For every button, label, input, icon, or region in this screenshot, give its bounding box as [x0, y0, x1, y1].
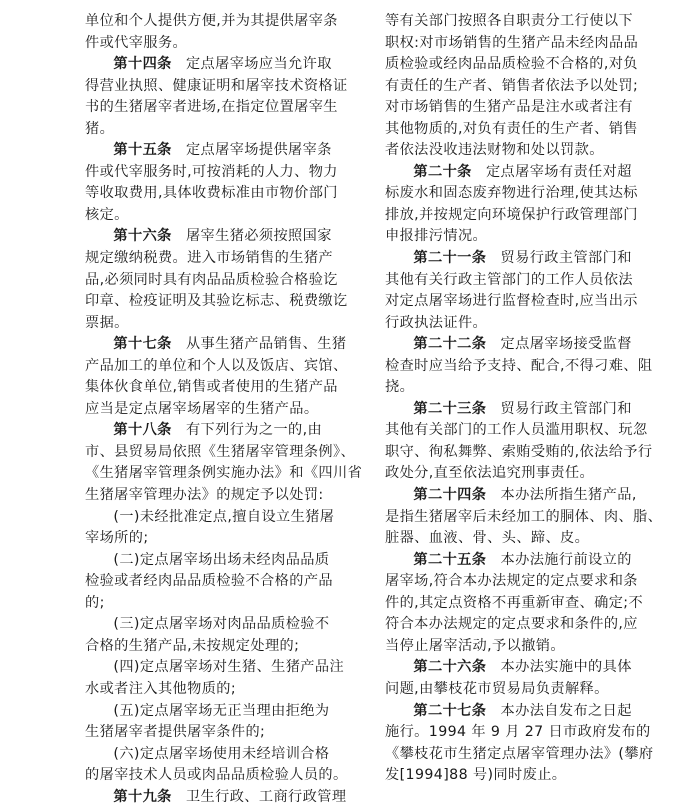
text-line: 产品加工的单位和个人以及饭店、宾馆、: [85, 356, 329, 378]
text-line: 其他物质的,对负有责任的生产者、销售: [385, 119, 629, 141]
text-line: 猪。: [85, 119, 329, 141]
line-text: 定点屠宰场提供屠宰条: [186, 142, 332, 158]
text-line: 检查时应当给予支持、配合,不得刁难、阻: [385, 356, 629, 378]
line-text: 卫生行政、工商行政管理: [186, 789, 346, 804]
line-text: 从事生猪产品销售、生猪: [186, 336, 346, 352]
line-text: 书的生猪屠宰者进场,在指定位置屠宰生: [85, 99, 338, 115]
right-column: 等有关部门按照各自职责分工行使以下职权:对市场销售的生猪产品未经肉品品质检验或经…: [385, 11, 629, 787]
text-line: (三)定点屠宰场对肉品品质检验不: [85, 614, 329, 636]
line-text: 等有关部门按照各自职责分工行使以下: [385, 13, 633, 29]
article-paragraph: 第二十四条本办法所指生猪产品,是指生猪屠宰后未经加工的胴体、肉、脂、脏器、血液、…: [385, 485, 629, 550]
text-line: 印章、检疫证明及其验讫标志、税费缴讫: [85, 291, 329, 313]
article-paragraph: 第二十五条本办法施行前设立的屠宰场,符合本办法规定的定点要求和条件的,其定点资格…: [385, 550, 629, 658]
text-line: 件或代宰服务时,可按消耗的人力、物力: [85, 162, 329, 184]
text-line: 第二十七条本办法自发布之日起: [385, 701, 629, 723]
text-line: 职守、徇私舞弊、索贿受贿的,依法给予行: [385, 442, 629, 464]
article-paragraph: 第十八条有下列行为之一的,由市、县贸易局依照《生猪屠宰管理条例》、《生猪屠宰管理…: [85, 420, 329, 506]
clause-paragraph: (四)定点屠宰场对生猪、生猪产品注水或者注入其他物质的;: [85, 657, 329, 700]
line-text: 本办法所指生猪产品,: [501, 487, 637, 503]
line-text: 的;: [85, 595, 105, 611]
line-text: 应当是定点屠宰场屠宰的生猪产品。: [85, 401, 318, 417]
text-line: 合格的生猪产品,未按规定处理的;: [85, 636, 329, 658]
article-paragraph: 第二十条定点屠宰场有责任对超标废水和固态废弃物进行治理,使其达标排放,并按规定向…: [385, 162, 629, 248]
article-number: 第二十三条: [413, 401, 486, 417]
text-line: 质检验或经肉品品质检验不合格的,对负: [385, 54, 629, 76]
line-text: 对市场销售的生猪产品是注水或者注有: [385, 99, 633, 115]
article-number: 第十四条: [113, 56, 171, 72]
line-text: 《生猪屠宰管理条例实施办法》和《四川省: [85, 465, 362, 481]
article-number: 第十七条: [113, 336, 171, 352]
text-line: 生猪屠宰管理办法》的规定予以处罚:: [85, 485, 329, 507]
line-text: 《攀枝花市生猪定点屠宰管理办法》(攀府: [385, 746, 654, 762]
text-line: 单位和个人提供方便,并为其提供屠宰条: [85, 11, 329, 33]
text-line: 《攀枝花市生猪定点屠宰管理办法》(攀府: [385, 744, 629, 766]
line-text: 件的,其定点资格不再重新审查、确定;不: [385, 595, 643, 611]
text-line: 第二十一条贸易行政主管部门和: [385, 248, 629, 270]
text-line: 品,必须同时具有肉品品质检验合格验讫: [85, 270, 329, 292]
line-text: 产品加工的单位和个人以及饭店、宾馆、: [85, 358, 348, 374]
clause-paragraph: (三)定点屠宰场对肉品品质检验不合格的生猪产品,未按规定处理的;: [85, 614, 329, 657]
text-line: 排放,并按规定向环境保护行政管理部门: [385, 205, 629, 227]
clause-paragraph: (五)定点屠宰场无正当理由拒绝为生猪屠宰者提供屠宰条件的;: [85, 701, 329, 744]
text-line: 等收取费用,具体收费标准由市物价部门: [85, 183, 329, 205]
line-text: 件或代宰服务。: [85, 35, 187, 51]
line-text: 贸易行政主管部门和: [501, 250, 632, 266]
article-number: 第十九条: [113, 789, 171, 804]
text-line: 的屠宰技术人员或肉品品质检验人员的。: [85, 765, 329, 787]
article-paragraph: 第二十七条本办法自发布之日起施行。1994 年 9 月 27 日市政府发布的《攀…: [385, 701, 629, 787]
line-text: (三)定点屠宰场对肉品品质检验不: [113, 616, 329, 632]
text-line: 规定缴纳税费。进入市场销售的生猪产: [85, 248, 329, 270]
article-number: 第二十五条: [413, 552, 486, 568]
line-text: 本办法实施中的具体: [501, 659, 632, 675]
text-line: (六)定点屠宰场使用未经培训合格: [85, 744, 329, 766]
line-text: 其他物质的,对负有责任的生产者、销售: [385, 121, 638, 137]
text-line: 第二十条定点屠宰场有责任对超: [385, 162, 629, 184]
text-line: 第十六条屠宰生猪必须按照国家: [85, 226, 329, 248]
line-text: 市、县贸易局依照《生猪屠宰管理条例》、: [85, 444, 355, 460]
article-paragraph: 第十九条卫生行政、工商行政管理: [85, 787, 329, 804]
line-text: 职权:对市场销售的生猪产品未经肉品品: [385, 35, 638, 51]
text-line: 标废水和固态废弃物进行治理,使其达标: [385, 183, 629, 205]
line-text: 排放,并按规定向环境保护行政管理部门: [385, 207, 638, 223]
article-number: 第二十条: [413, 164, 471, 180]
line-text: 施行。1994 年 9 月 27 日市政府发布的: [385, 724, 651, 740]
line-text: (四)定点屠宰场对生猪、生猪产品注: [113, 659, 344, 675]
line-text: (五)定点屠宰场无正当理由拒绝为: [113, 703, 329, 719]
text-line: 职权:对市场销售的生猪产品未经肉品品: [385, 33, 629, 55]
line-text: 有下列行为之一的,由: [186, 422, 322, 438]
line-text: 检查时应当给予支持、配合,不得刁难、阻: [385, 358, 653, 374]
text-line: 其他有关行政主管部门的工作人员依法: [385, 270, 629, 292]
line-text: 脏器、血液、骨、头、蹄、皮。: [385, 530, 589, 546]
line-text: 定点屠宰场接受监督: [501, 336, 632, 352]
text-line: 申报排污情况。: [385, 226, 629, 248]
continued-paragraph: 单位和个人提供方便,并为其提供屠宰条件或代宰服务。: [85, 11, 329, 54]
line-text: 屠宰场,符合本办法规定的定点要求和条: [385, 573, 638, 589]
text-line: 脏器、血液、骨、头、蹄、皮。: [385, 528, 629, 550]
text-line: 第二十四条本办法所指生猪产品,: [385, 485, 629, 507]
line-text: 集体伙食单位,销售或者使用的生猪产品: [85, 379, 338, 395]
clause-paragraph: (六)定点屠宰场使用未经培训合格的屠宰技术人员或肉品品质检验人员的。: [85, 744, 329, 787]
text-line: 应当是定点屠宰场屠宰的生猪产品。: [85, 399, 329, 421]
line-text: 贸易行政主管部门和: [501, 401, 632, 417]
text-line: 者依法没收违法财物和处以罚款。: [385, 140, 629, 162]
line-text: 本办法自发布之日起: [501, 703, 632, 719]
text-line: 当停止屠宰活动,予以撤销。: [385, 636, 629, 658]
line-text: (六)定点屠宰场使用未经培训合格: [113, 746, 329, 762]
article-number: 第十八条: [113, 422, 171, 438]
line-text: 件或代宰服务时,可按消耗的人力、物力: [85, 164, 338, 180]
line-text: 挠。: [385, 379, 414, 395]
article-paragraph: 第二十三条贸易行政主管部门和其他有关部门的工作人员滥用职权、玩忽职守、徇私舞弊、…: [385, 399, 629, 485]
text-line: 第十九条卫生行政、工商行政管理: [85, 787, 329, 804]
text-line: 件或代宰服务。: [85, 33, 329, 55]
line-text: 得营业执照、健康证明和屠宰技术资格证: [85, 78, 348, 94]
line-text: 屠宰生猪必须按照国家: [186, 228, 332, 244]
text-line: 市、县贸易局依照《生猪屠宰管理条例》、: [85, 442, 329, 464]
text-line: 的;: [85, 593, 329, 615]
text-line: 《生猪屠宰管理条例实施办法》和《四川省: [85, 463, 329, 485]
line-text: 符合本办法规定的定点要求和条件的,应: [385, 616, 638, 632]
text-line: 是指生猪屠宰后未经加工的胴体、肉、脂、: [385, 507, 629, 529]
line-text: 是指生猪屠宰后未经加工的胴体、肉、脂、: [385, 509, 662, 525]
line-text: 行政执法证件。: [385, 315, 487, 331]
continued-paragraph: 等有关部门按照各自职责分工行使以下职权:对市场销售的生猪产品未经肉品品质检验或经…: [385, 11, 629, 162]
line-text: 职守、徇私舞弊、索贿受贿的,依法给予行: [385, 444, 653, 460]
text-line: 第十七条从事生猪产品销售、生猪: [85, 334, 329, 356]
line-text: 政处分,直至依法追究刑事责任。: [385, 465, 594, 481]
article-number: 第二十一条: [413, 250, 486, 266]
text-line: (二)定点屠宰场出场未经肉品品质: [85, 550, 329, 572]
text-line: 宰场所的;: [85, 528, 329, 550]
line-text: 有责任的生产者、销售者依法予以处罚;: [385, 78, 638, 94]
text-line: 第二十二条定点屠宰场接受监督: [385, 334, 629, 356]
line-text: 票据。: [85, 315, 129, 331]
line-text: 规定缴纳税费。进入市场销售的生猪产: [85, 250, 333, 266]
line-text: 者依法没收违法财物和处以罚款。: [385, 142, 604, 158]
text-line: 水或者注入其他物质的;: [85, 679, 329, 701]
article-number: 第二十二条: [413, 336, 486, 352]
text-line: 等有关部门按照各自职责分工行使以下: [385, 11, 629, 33]
text-line: 第二十三条贸易行政主管部门和: [385, 399, 629, 421]
line-text: 猪。: [85, 121, 114, 137]
line-text: 申报排污情况。: [385, 228, 487, 244]
line-text: 核定。: [85, 207, 129, 223]
text-line: 第十五条定点屠宰场提供屠宰条: [85, 140, 329, 162]
text-line: 书的生猪屠宰者进场,在指定位置屠宰生: [85, 97, 329, 119]
text-line: 施行。1994 年 9 月 27 日市政府发布的: [385, 722, 629, 744]
line-text: 合格的生猪产品,未按规定处理的;: [85, 638, 299, 654]
text-line: 第十四条定点屠宰场应当允许取: [85, 54, 329, 76]
line-text: 问题,由攀枝花市贸易局负责解释。: [385, 681, 609, 697]
text-line: 第二十六条本办法实施中的具体: [385, 657, 629, 679]
text-line: 得营业执照、健康证明和屠宰技术资格证: [85, 76, 329, 98]
text-line: (四)定点屠宰场对生猪、生猪产品注: [85, 657, 329, 679]
text-line: 对定点屠宰场进行监督检查时,应当出示: [385, 291, 629, 313]
line-text: 生猪屠宰管理办法》的规定予以处罚:: [85, 487, 324, 503]
text-line: 生猪屠宰者提供屠宰条件的;: [85, 722, 329, 744]
line-text: 标废水和固态废弃物进行治理,使其达标: [385, 185, 638, 201]
clause-paragraph: (二)定点屠宰场出场未经肉品品质检验或者经肉品品质检验不合格的产品的;: [85, 550, 329, 615]
article-paragraph: 第十六条屠宰生猪必须按照国家规定缴纳税费。进入市场销售的生猪产品,必须同时具有肉…: [85, 226, 329, 334]
article-paragraph: 第十七条从事生猪产品销售、生猪产品加工的单位和个人以及饭店、宾馆、集体伙食单位,…: [85, 334, 329, 420]
article-paragraph: 第二十六条本办法实施中的具体问题,由攀枝花市贸易局负责解释。: [385, 657, 629, 700]
text-line: 有责任的生产者、销售者依法予以处罚;: [385, 76, 629, 98]
left-column: 单位和个人提供方便,并为其提供屠宰条件或代宰服务。第十四条定点屠宰场应当允许取得…: [85, 11, 329, 804]
text-line: 对市场销售的生猪产品是注水或者注有: [385, 97, 629, 119]
line-text: 对定点屠宰场进行监督检查时,应当出示: [385, 293, 638, 309]
line-text: 发[1994]88 号)同时废止。: [385, 767, 566, 783]
text-line: 检验或者经肉品品质检验不合格的产品: [85, 571, 329, 593]
line-text: 检验或者经肉品品质检验不合格的产品: [85, 573, 333, 589]
text-line: (一)未经批准定点,擅自设立生猪屠: [85, 507, 329, 529]
article-number: 第十五条: [113, 142, 171, 158]
text-line: 政处分,直至依法追究刑事责任。: [385, 463, 629, 485]
text-line: 第十八条有下列行为之一的,由: [85, 420, 329, 442]
article-number: 第二十四条: [413, 487, 486, 503]
line-text: 品,必须同时具有肉品品质检验合格验讫: [85, 272, 338, 288]
line-text: 质检验或经肉品品质检验不合格的,对负: [385, 56, 638, 72]
line-text: 当停止屠宰活动,予以撤销。: [385, 638, 565, 654]
line-text: 定点屠宰场有责任对超: [486, 164, 632, 180]
line-text: 其他有关行政主管部门的工作人员依法: [385, 272, 633, 288]
text-line: 问题,由攀枝花市贸易局负责解释。: [385, 679, 629, 701]
article-number: 第二十六条: [413, 659, 486, 675]
article-paragraph: 第二十一条贸易行政主管部门和其他有关行政主管部门的工作人员依法对定点屠宰场进行监…: [385, 248, 629, 334]
line-text: (二)定点屠宰场出场未经肉品品质: [113, 552, 329, 568]
text-line: 核定。: [85, 205, 329, 227]
text-line: 其他有关部门的工作人员滥用职权、玩忽: [385, 420, 629, 442]
line-text: 本办法施行前设立的: [501, 552, 632, 568]
line-text: 的屠宰技术人员或肉品品质检验人员的。: [85, 767, 348, 783]
line-text: 宰场所的;: [85, 530, 149, 546]
line-text: 单位和个人提供方便,并为其提供屠宰条: [85, 13, 338, 29]
text-line: 件的,其定点资格不再重新审查、确定;不: [385, 593, 629, 615]
article-paragraph: 第十四条定点屠宰场应当允许取得营业执照、健康证明和屠宰技术资格证书的生猪屠宰者进…: [85, 54, 329, 140]
text-line: 挠。: [385, 377, 629, 399]
text-line: 第二十五条本办法施行前设立的: [385, 550, 629, 572]
clause-paragraph: (一)未经批准定点,擅自设立生猪屠宰场所的;: [85, 507, 329, 550]
text-line: 集体伙食单位,销售或者使用的生猪产品: [85, 377, 329, 399]
article-number: 第十六条: [113, 228, 171, 244]
line-text: 水或者注入其他物质的;: [85, 681, 236, 697]
line-text: 等收取费用,具体收费标准由市物价部门: [85, 185, 338, 201]
text-line: 行政执法证件。: [385, 313, 629, 335]
article-paragraph: 第二十二条定点屠宰场接受监督检查时应当给予支持、配合,不得刁难、阻挠。: [385, 334, 629, 399]
article-paragraph: 第十五条定点屠宰场提供屠宰条件或代宰服务时,可按消耗的人力、物力等收取费用,具体…: [85, 140, 329, 226]
line-text: (一)未经批准定点,擅自设立生猪屠: [113, 509, 334, 525]
text-line: (五)定点屠宰场无正当理由拒绝为: [85, 701, 329, 723]
article-number: 第二十七条: [413, 703, 486, 719]
line-text: 定点屠宰场应当允许取: [186, 56, 332, 72]
text-line: 屠宰场,符合本办法规定的定点要求和条: [385, 571, 629, 593]
text-line: 票据。: [85, 313, 329, 335]
line-text: 印章、检疫证明及其验讫标志、税费缴讫: [85, 293, 348, 309]
line-text: 其他有关部门的工作人员滥用职权、玩忽: [385, 422, 648, 438]
text-line: 符合本办法规定的定点要求和条件的,应: [385, 614, 629, 636]
text-line: 发[1994]88 号)同时废止。: [385, 765, 629, 787]
line-text: 生猪屠宰者提供屠宰条件的;: [85, 724, 265, 740]
